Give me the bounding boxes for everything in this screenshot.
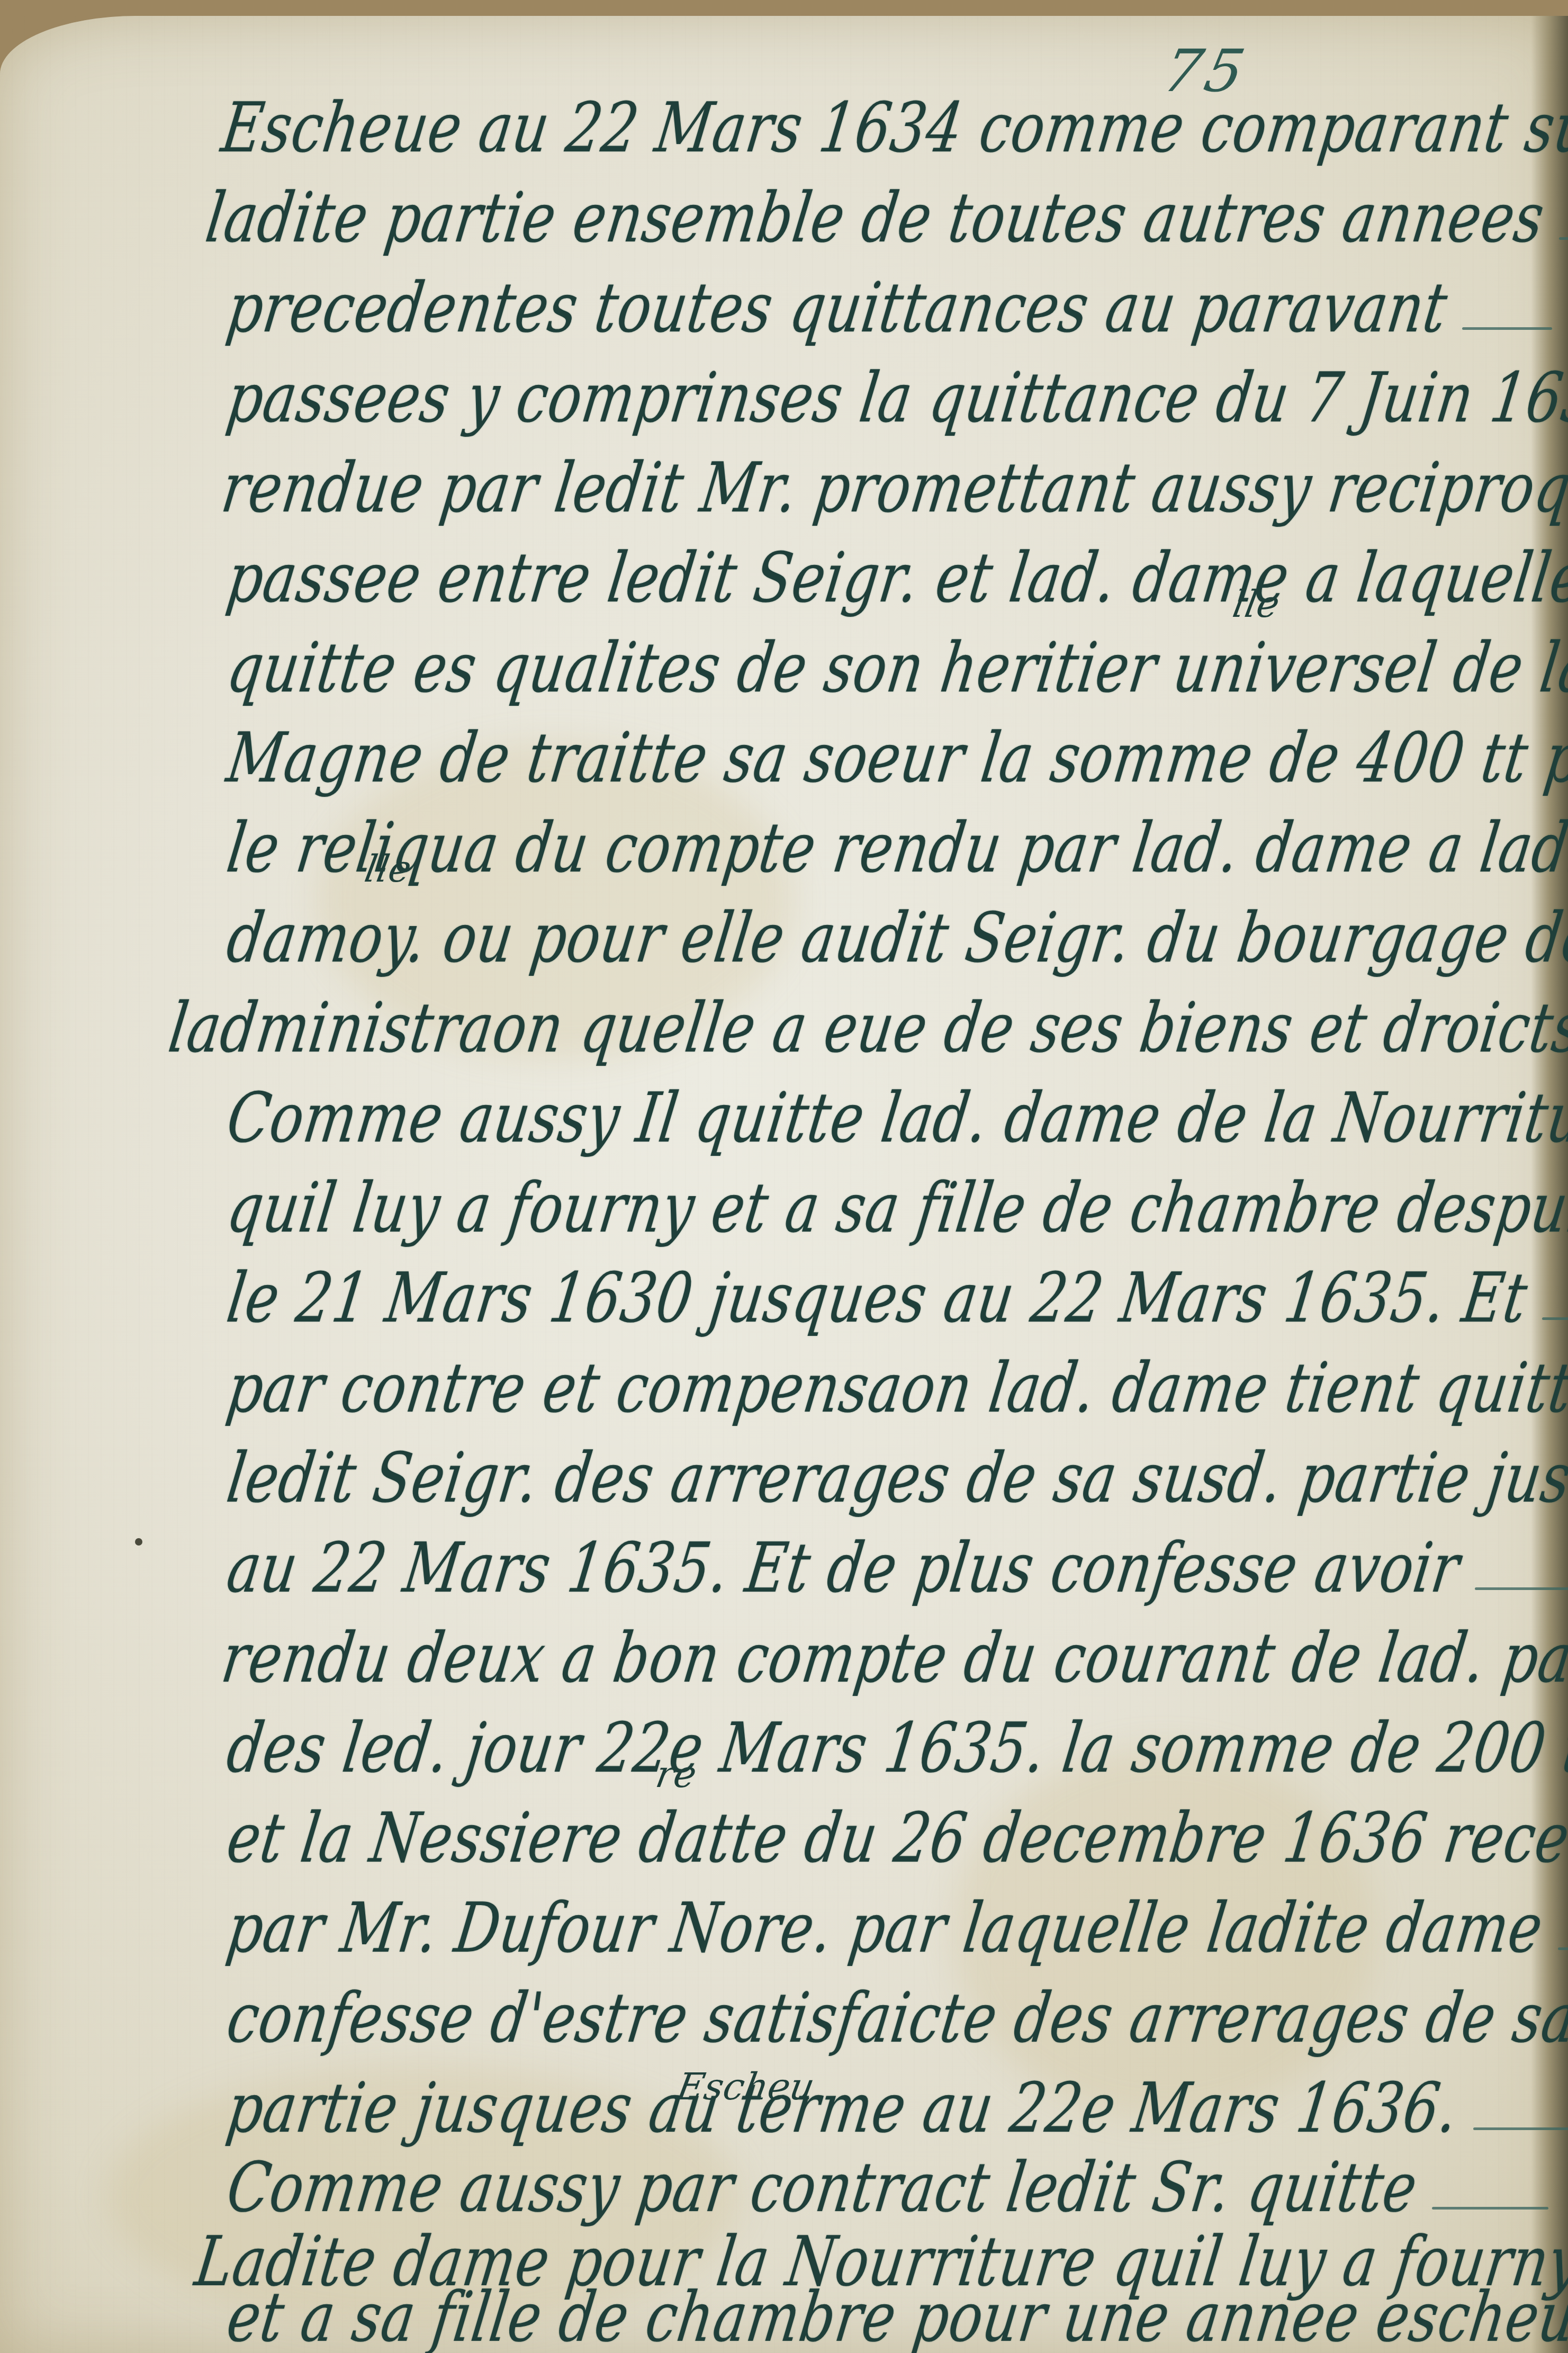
line-text: Magne de traitte sa soeur la somme de 40… — [222, 717, 1568, 798]
line-text: precedentes toutes quittances au paravan… — [222, 267, 1453, 348]
line-text: des led. jour 22e Mars 1635. la somme de… — [222, 1708, 1568, 1789]
filler-dash — [1559, 237, 1568, 240]
line-text: passees y comprinses la quittance du 7 J… — [222, 357, 1568, 438]
line-text: damoy. ou pour elle audit Seigr. du bour… — [222, 897, 1568, 978]
text-line: quil luy a fourny et a sa fille de chamb… — [222, 1183, 1568, 1248]
text-line: damoy. ou pour elle audit Seigr. du bour… — [222, 913, 1568, 978]
text-line: ladite partie ensemble de toutes autres … — [201, 193, 1568, 258]
line-text: par contre et compensaon lad. dame tient… — [222, 1348, 1568, 1429]
text-line: le 21 Mars 1630 jusques au 22 Mars 1635.… — [222, 1273, 1568, 1338]
text-line: Magne de traitte sa soeur la somme de 40… — [222, 733, 1568, 798]
text-line: partie jusques au terme au 22e Mars 1636… — [222, 2083, 1568, 2148]
superscript-abbreviation: re — [653, 1753, 700, 1796]
text-line: quitte es qualites de son heritier unive… — [222, 643, 1568, 708]
line-text: quil luy a fourny et a sa fille de chamb… — [222, 1167, 1568, 1249]
filler-dash — [1475, 1587, 1568, 1590]
manuscript-text: Escheue au 22 Mars 1634 comme comparant … — [0, 0, 1568, 2353]
text-line: et la Nessiere datte du 26 decembre 1636… — [222, 1813, 1568, 1878]
line-text: ledit Seigr. des arrerages de sa susd. p… — [222, 1438, 1568, 1519]
text-line: precedentes toutes quittances au paravan… — [222, 283, 1552, 348]
filler-dash — [1558, 1947, 1568, 1950]
line-text: confesse d'estre satisfaicte des arrerag… — [222, 1978, 1568, 2059]
line-text: le reliqua du compte rendu par lad. dame… — [222, 807, 1568, 888]
line-text: Escheue au 22 Mars 1634 comme comparant … — [217, 87, 1568, 168]
line-text: et la Nessiere datte du 26 decembre 1636… — [222, 1798, 1568, 1879]
interlinear-correction: Escheu — [674, 2065, 818, 2108]
line-text: ladite partie ensemble de toutes autres … — [201, 177, 1549, 258]
line-text: le 21 Mars 1630 jusques au 22 Mars 1635.… — [222, 1258, 1533, 1339]
margin-ink-dot — [135, 1538, 142, 1546]
filler-dash — [1432, 2207, 1548, 2210]
line-text: partie jusques au terme au 22e Mars 1636… — [222, 2068, 1463, 2149]
text-line: Comme aussy par contract ledit Sr. quitt… — [222, 2163, 1548, 2228]
filler-dash — [1542, 1317, 1568, 1320]
superscript-abbreviation: lle — [362, 847, 415, 891]
line-text: passee entre ledit Seigr. et lad. dame a… — [222, 537, 1568, 618]
text-line: par Mr. Dufour Nore. par laquelle ladite… — [222, 1903, 1568, 1968]
line-text: et a sa fille de chambre pour une annee … — [222, 2277, 1568, 2353]
line-text: ladministraon quelle a eue de ses biens … — [164, 987, 1568, 1068]
text-line: Comme aussy Il quitte lad. dame de la No… — [222, 1093, 1568, 1158]
text-line: rendu deux a bon compte du courant de la… — [217, 1633, 1568, 1698]
text-line: rendue par ledit Mr. promettant aussy re… — [217, 463, 1568, 528]
line-text: quitte es qualites de son heritier unive… — [222, 627, 1568, 708]
text-line: confesse d'estre satisfaicte des arrerag… — [222, 1993, 1568, 2058]
text-line: au 22 Mars 1635. Et de plus confesse avo… — [222, 1543, 1568, 1608]
text-line: ladministraon quelle a eue de ses biens … — [164, 1003, 1568, 1068]
line-text: Comme aussy Il quitte lad. dame de la No… — [222, 1077, 1568, 1158]
line-text: Comme aussy par contract ledit Sr. quitt… — [222, 2147, 1422, 2228]
filler-dash — [1462, 327, 1552, 330]
line-text: rendue par ledit Mr. promettant aussy re… — [217, 447, 1568, 528]
text-line: des led. jour 22e Mars 1635. la somme de… — [222, 1723, 1568, 1788]
text-line: par contre et compensaon lad. dame tient… — [222, 1363, 1568, 1428]
line-text: par Mr. Dufour Nore. par laquelle ladite… — [222, 1888, 1548, 1969]
text-line: et a sa fille de chambre pour une annee … — [222, 2293, 1568, 2353]
filler-dash — [1473, 2127, 1568, 2130]
superscript-abbreviation: lle — [1230, 582, 1283, 626]
text-line: le reliqua du compte rendu par lad. dame… — [222, 823, 1568, 888]
line-text: au 22 Mars 1635. Et de plus confesse avo… — [222, 1528, 1465, 1609]
text-line: ledit Seigr. des arrerages de sa susd. p… — [222, 1453, 1568, 1518]
line-text: rendu deux a bon compte du courant de la… — [217, 1618, 1568, 1699]
text-line: Escheue au 22 Mars 1634 comme comparant … — [217, 103, 1568, 168]
text-line: passee entre ledit Seigr. et lad. dame a… — [222, 553, 1568, 618]
text-line: passees y comprinses la quittance du 7 J… — [222, 373, 1568, 438]
